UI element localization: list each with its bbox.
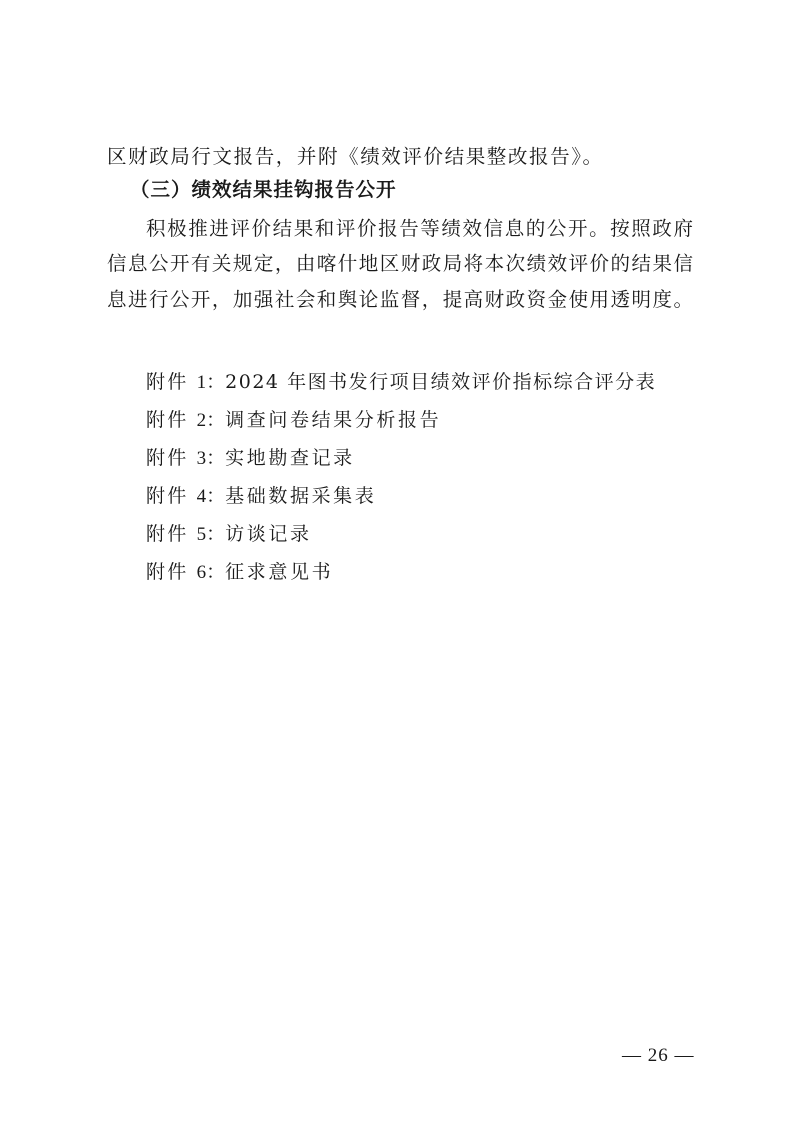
attachment-label: 附件 (146, 485, 188, 507)
attachment-item: 附件 3：实地勘查记录 (146, 446, 355, 471)
attachment-label: 附件 (146, 409, 188, 431)
attachment-title: 访谈记录 (225, 523, 311, 545)
paragraph-line: 积极推进评价结果和评价报告等绩效信息的公开。按照政府 (146, 217, 693, 241)
attachment-label: 附件 (146, 523, 188, 545)
attachment-number: 3： (197, 448, 226, 469)
attachment-number: 2： (197, 410, 226, 431)
attachment-number: 6： (197, 562, 226, 583)
paragraph-line: 息进行公开，加强社会和舆论监督，提高财政资金使用透明度。 (107, 288, 693, 312)
attachment-item: 附件 1：2024 年图书发行项目绩效评价指标综合评分表 (146, 370, 656, 395)
attachment-label: 附件 (146, 447, 188, 469)
attachment-title: 2024 年图书发行项目绩效评价指标综合评分表 (225, 371, 656, 393)
attachment-title: 实地勘查记录 (225, 447, 355, 469)
attachment-item: 附件 6：征求意见书 (146, 560, 333, 585)
attachment-title: 基础数据采集表 (225, 485, 376, 507)
attachment-number: 1： (197, 372, 226, 393)
attachment-item: 附件 4：基础数据采集表 (146, 484, 376, 509)
attachment-number: 4： (197, 486, 226, 507)
attachment-title: 调查问卷结果分析报告 (225, 409, 441, 431)
paragraph-continuation: 区财政局行文报告，并附《绩效评价结果整改报告》。 (107, 145, 693, 169)
document-page: 区财政局行文报告，并附《绩效评价结果整改报告》。 （三）绩效结果挂钩报告公开 积… (0, 0, 793, 1122)
attachment-title: 征求意见书 (225, 561, 333, 583)
attachment-number: 5： (197, 524, 226, 545)
section-heading: （三）绩效结果挂钩报告公开 (130, 178, 716, 202)
attachment-label: 附件 (146, 371, 188, 393)
attachment-item: 附件 2：调查问卷结果分析报告 (146, 408, 441, 433)
attachment-item: 附件 5：访谈记录 (146, 522, 312, 547)
attachment-label: 附件 (146, 561, 188, 583)
page-number: — 26 — (622, 1044, 695, 1068)
paragraph-line: 信息公开有关规定，由喀什地区财政局将本次绩效评价的结果信 (107, 252, 693, 276)
